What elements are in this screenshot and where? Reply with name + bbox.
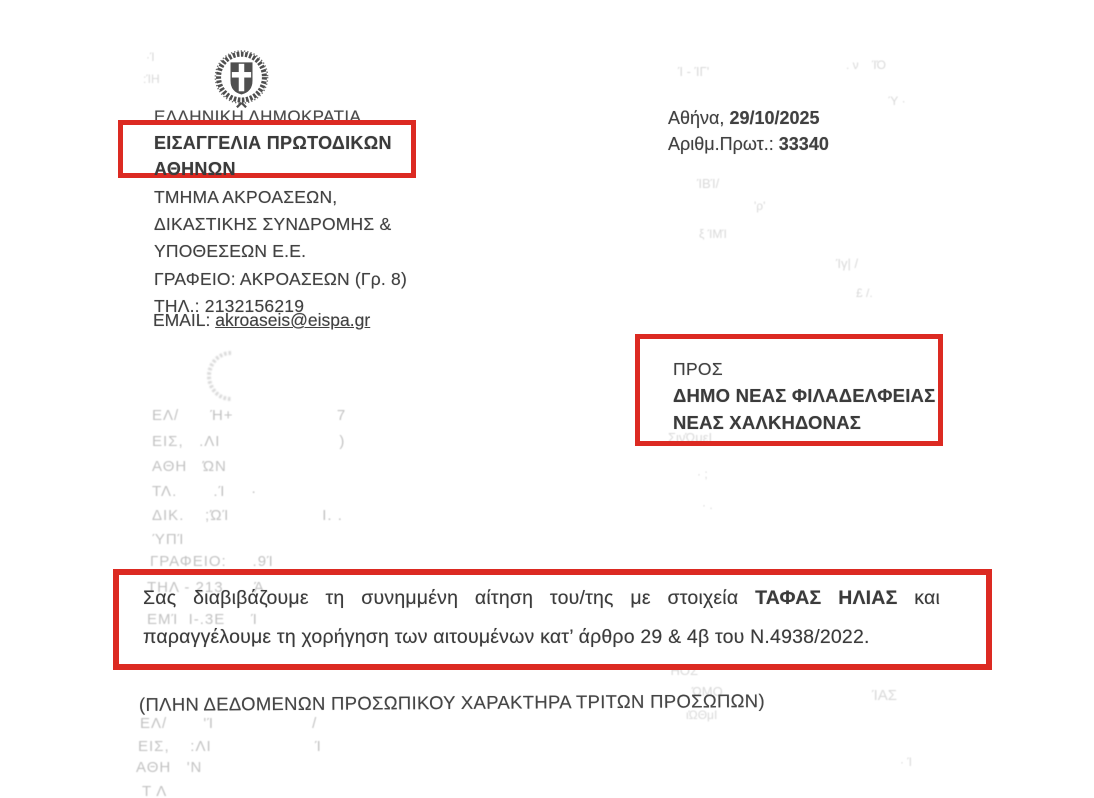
scan-smudge: . ν ΊΌ [846,58,886,72]
recipient-name-line2: ΝΕΑΣ ΧΑΛΚΗΔΟΝΑΣ [673,409,938,436]
protocol-line: Αριθμ.Πρωτ.: 33340 [668,131,829,157]
ghost-letterhead-line: ΑΘΗ 'Ν [136,759,202,776]
date-line: Αθήνα, 29/10/2025 [668,105,829,131]
department-line: ΤΜΗΜΑ ΑΚΡΟΑΣΕΩΝ, [154,184,407,211]
scan-smudge: · . [702,498,713,512]
greek-coat-of-arms-icon [214,46,269,110]
recipient-to-label: ΠΡΟΣ [673,356,938,382]
department-line: ΥΠΟΘΕΣΕΩΝ Ε.Ε. [154,238,407,265]
scan-smudge: ξ ΊΜΊ [699,227,727,241]
email-link[interactable]: akroaseis@eispa.gr [215,310,370,330]
ghost-letterhead-line: ΕΙΣ, .ΛΙ ) [152,433,345,450]
scan-smudge: ·Ί [146,50,155,64]
ghost-letterhead-line: ΤΛ. .Ί · [152,483,257,500]
applicant-name: ΤΑΦΑΣ ΗΛΙΑΣ [755,587,897,609]
scan-smudge: Ύ · [888,94,906,108]
office-room-line: ΓΡΑΦΕΙΟ: ΑΚΡΟΑΣΕΩΝ (Γρ. 8) [154,266,407,293]
scan-smudge: · Ί [900,755,912,769]
scan-smudge: ΊΒΊ/ [697,176,719,191]
scan-smudge: · ; [697,467,708,481]
ghost-letterhead-line: ΕΛ/ Ή+ 7 [152,407,346,424]
department-block: ΤΜΗΜΑ ΑΚΡΟΑΣΕΩΝ, ΔΙΚΑΣΤΙΚΗΣ ΣΥΝΔΡΟΜΗΣ & … [154,184,407,320]
disclaimer-line: (ΠΛΗΝ ΔΕΔΟΜΕΝΩΝ ΠΡΟΣΩΠΙΚΟΥ ΧΑΡΑΚΤΗΡΑ ΤΡΙ… [139,690,765,716]
scan-smudge: ΊΑΣ [872,687,897,704]
date-value: 29/10/2025 [729,108,819,128]
ghost-emblem-mark [207,350,237,407]
ghost-letterhead-line: ΕΛ/ 'Ί / [140,715,317,732]
office-highlight-box: ΕΙΣΑΓΓΕΛΙΑ ΠΡΩΤΟΔΙΚΩΝ ΑΘΗΝΩΝ [118,120,416,178]
recipient-name-line1: ΔΗΜΟ ΝΕΑΣ ΦΙΛΑΔΕΛΦΕΙΑΣ [673,382,938,409]
body-text-pre: Σας διαβιβάζουμε τη συνημμένη αίτηση του… [143,587,755,609]
ghost-letterhead-line: ΔΙΚ. ;ΏΊ Ι. . [152,507,343,524]
protocol-number: 33340 [779,134,829,154]
recipient-highlight-box: ΠΡΟΣ ΔΗΜΟ ΝΕΑΣ ΦΙΛΑΔΕΛΦΕΙΑΣ ΝΕΑΣ ΧΑΛΚΗΔΟ… [635,334,943,446]
department-line: ΔΙΚΑΣΤΙΚΗΣ ΣΥΝΔΡΟΜΗΣ & [154,211,407,238]
ghost-letterhead-line: ΎΠΊ [152,531,184,548]
city-label: Αθήνα, [668,108,729,128]
scan-smudge: 'ρ' [754,199,765,213]
body-text-post: και [897,587,940,609]
protocol-label: Αριθμ.Πρωτ.: [668,134,779,154]
document-meta: Αθήνα, 29/10/2025 Αριθμ.Πρωτ.: 33340 [668,105,829,157]
office-name-line1: ΕΙΣΑΓΓΕΛΙΑ ΠΡΩΤΟΔΙΚΩΝ [154,130,411,156]
ghost-letterhead-line: ΕΙΣ, :ΛΙ Ί [138,738,322,755]
ghost-letterhead-line: ΑΘΗ ΏΝ [152,458,227,475]
scan-smudge: £ /. [856,286,873,300]
office-name-line2: ΑΘΗΝΩΝ [154,156,411,182]
scan-smudge: :ΊΗ [143,72,160,86]
body-highlight-box: Σας διαβιβάζουμε τη συνημμένη αίτηση του… [113,569,992,670]
body-line-2: παραγγέλουμε τη χορήγηση των αιτουμένων … [143,626,940,649]
body-line-1: Σας διαβιβάζουμε τη συνημμένη αίτηση του… [143,587,940,610]
ghost-letterhead-line: ΓΡΑΦΕΙΟ: .9Ί [150,553,274,570]
scan-smudge: Ίγ| / [836,256,858,271]
email-label: EMAIL: [153,310,215,330]
scanned-document: { "page": { "accent_red": "#dc2a22", "te… [0,0,1094,798]
ghost-letterhead-line: Τ Λ [142,783,167,798]
email-line: EMAIL: akroaseis@eispa.gr [153,310,370,331]
scan-smudge: Ί - ΊΓ' [678,64,709,79]
